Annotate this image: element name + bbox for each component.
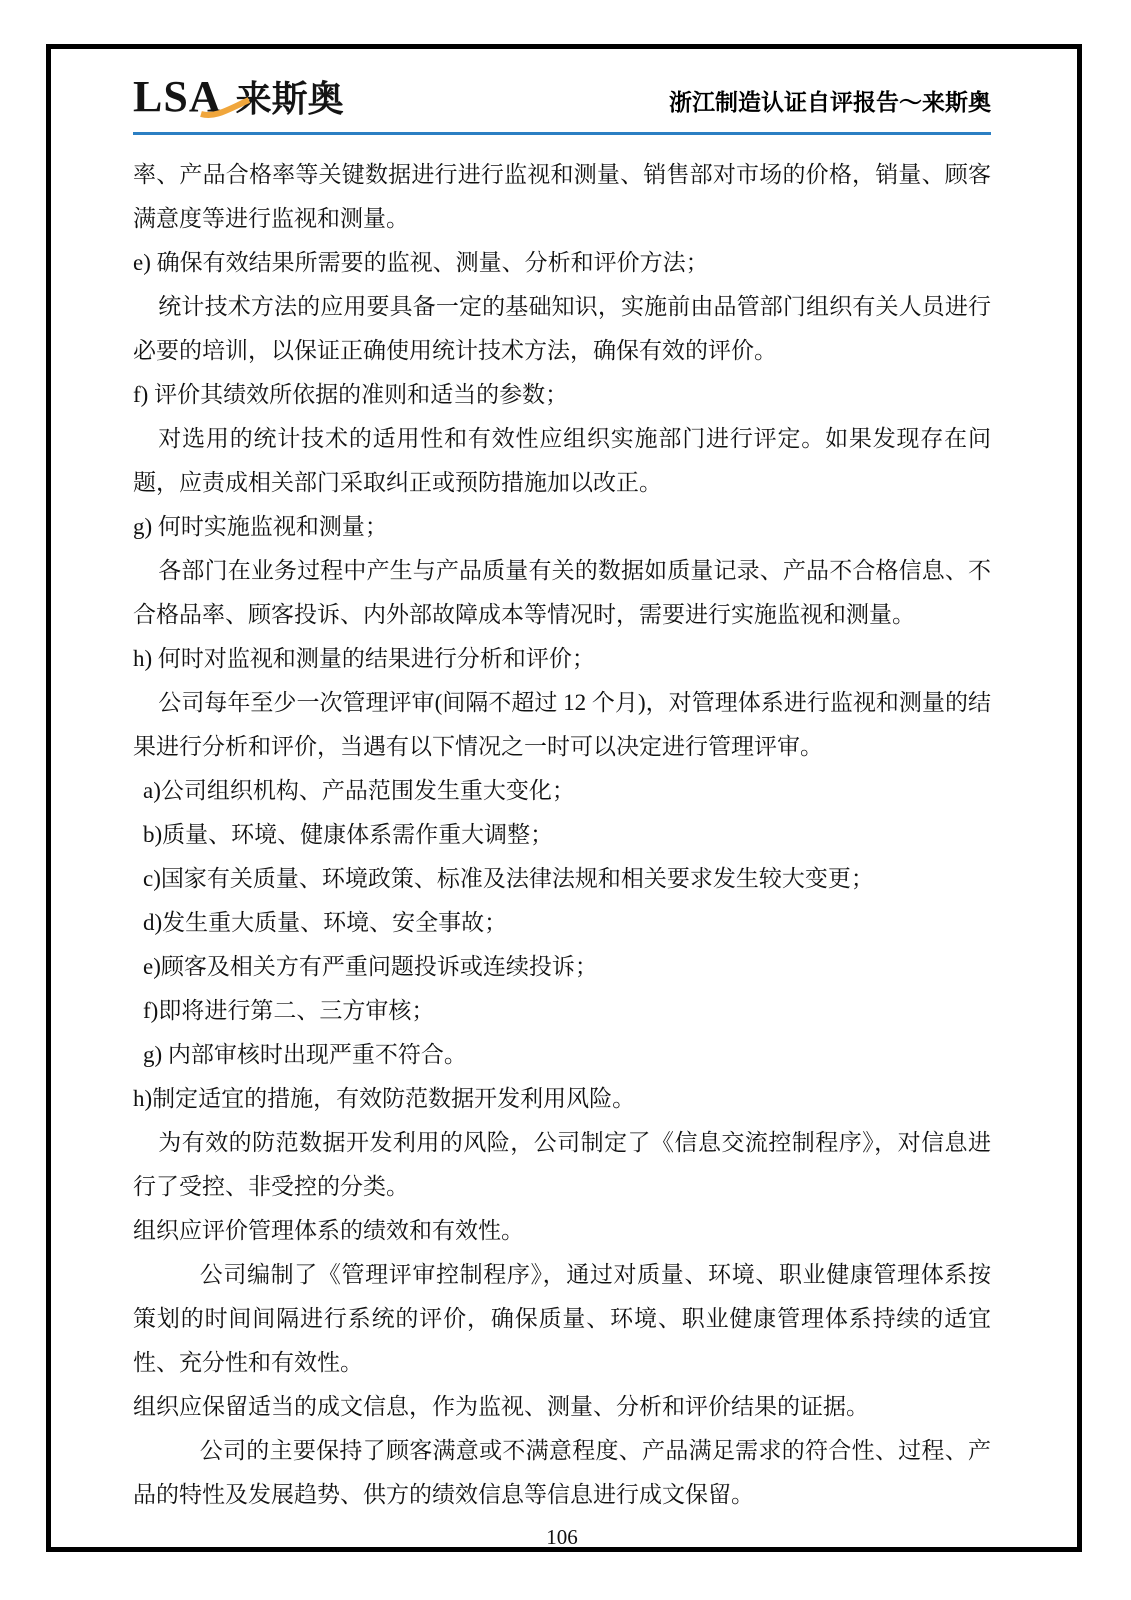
paragraph: 统计技术方法的应用要具备一定的基础知识，实施前由品管部门组织有关人员进行必要的培… <box>133 285 991 373</box>
list-item-f: f) 评价其绩效所依据的准则和适当的参数； <box>133 373 991 417</box>
paragraph: 公司的主要保持了顾客满意或不满意程度、产品满足需求的符合性、过程、产品的特性及发… <box>133 1429 991 1517</box>
paragraph: 各部门在业务过程中产生与产品质量有关的数据如质量记录、产品不合格信息、不合格品率… <box>133 549 991 637</box>
list-item-h2: h)制定适宜的措施，有效防范数据开发利用风险。 <box>133 1077 991 1121</box>
sublist-item-a: a)公司组织机构、产品范围发生重大变化； <box>133 769 991 813</box>
paragraph: 对选用的统计技术的适用性和有效性应组织实施部门进行评定。如果发现存在问题，应责成… <box>133 417 991 505</box>
paragraph: 公司每年至少一次管理评审(间隔不超过 12 个月)，对管理体系进行监视和测量的结… <box>133 681 991 769</box>
list-item-g: g) 何时实施监视和测量； <box>133 505 991 549</box>
page-number: 106 <box>133 1525 991 1550</box>
sublist-item-b: b)质量、环境、健康体系需作重大调整； <box>133 813 991 857</box>
document-body: 率、产品合格率等关键数据进行进行监视和测量、销售部对市场的价格，销量、顾客满意度… <box>133 153 991 1517</box>
page-header: LSA 来斯奥 浙江制造认证自评报告～来斯奥 <box>133 63 991 119</box>
paragraph: 组织应保留适当的成文信息，作为监视、测量、分析和评价结果的证据。 <box>133 1385 991 1429</box>
list-item-h: h) 何时对监视和测量的结果进行分析和评价； <box>133 637 991 681</box>
lsa-logo: LSA 来斯奥 <box>133 75 344 119</box>
sublist-item-f: f)即将进行第二、三方审核； <box>133 989 991 1033</box>
logo-cn-text: 来斯奥 <box>236 79 344 119</box>
sublist-item-d: d)发生重大质量、环境、安全事故； <box>133 901 991 945</box>
logo-lsa-text: LSA <box>133 75 222 119</box>
sublist-item-e: e)顾客及相关方有严重问题投诉或连续投诉； <box>133 945 991 989</box>
paragraph: 为有效的防范数据开发利用的风险，公司制定了《信息交流控制程序》，对信息进行了受控… <box>133 1121 991 1209</box>
paragraph: 率、产品合格率等关键数据进行进行监视和测量、销售部对市场的价格，销量、顾客满意度… <box>133 153 991 241</box>
sublist-item-c: c)国家有关质量、环境政策、标准及法律法规和相关要求发生较大变更； <box>133 857 991 901</box>
page-frame: LSA 来斯奥 浙江制造认证自评报告～来斯奥 率、产品合格率等关键数据进行进行监… <box>46 44 1082 1552</box>
list-item-e: e) 确保有效结果所需要的监视、测量、分析和评价方法； <box>133 241 991 285</box>
paragraph: 公司编制了《管理评审控制程序》，通过对质量、环境、职业健康管理体系按策划的时间间… <box>133 1253 991 1385</box>
paragraph: 组织应评价管理体系的绩效和有效性。 <box>133 1209 991 1253</box>
sublist-item-g: g) 内部审核时出现严重不符合。 <box>133 1033 991 1077</box>
header-divider <box>133 132 991 135</box>
report-title: 浙江制造认证自评报告～来斯奥 <box>669 87 991 119</box>
